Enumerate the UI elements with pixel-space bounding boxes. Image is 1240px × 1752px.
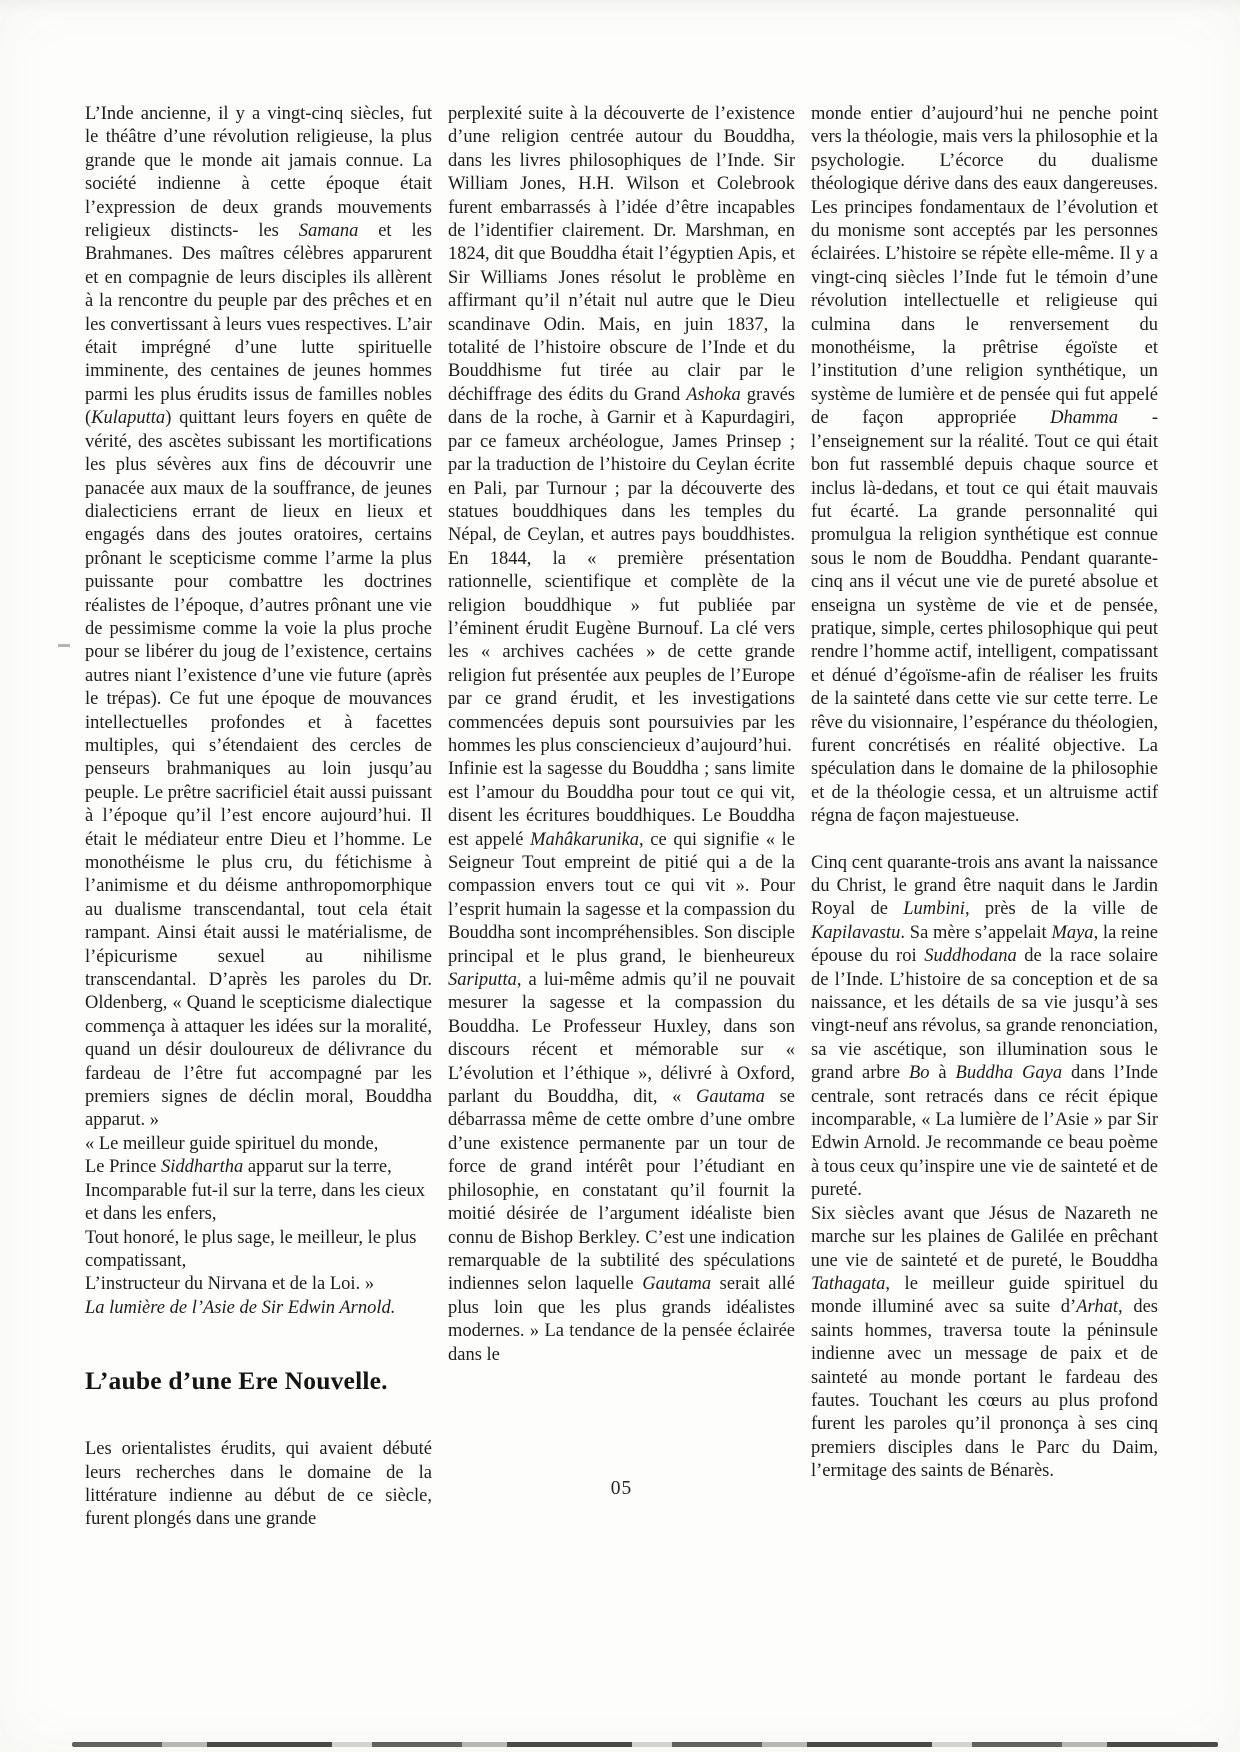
italic-text-run: Maya (1051, 923, 1093, 943)
italic-text-run: Buddha Gaya (956, 1063, 1063, 1083)
italic-text-run: Lumbini (903, 899, 965, 919)
verse-line: « Le meilleur guide spirituel du monde, (85, 1133, 432, 1156)
italic-text-run: Kapilavastu (811, 923, 900, 943)
italic-text-run: Ashoka (686, 385, 740, 405)
paragraph: perplexité suite à la découverte de l’ex… (448, 103, 795, 758)
text-run: , des saints hommes, traversa toute la p… (811, 1297, 1158, 1481)
text-run: , près de la ville de (965, 899, 1158, 919)
scan-artifact-margin-tick (58, 644, 70, 647)
column-1: L’Inde ancienne, il y a vingt-cinq siècl… (85, 103, 432, 1532)
paragraph: Infinie est la sagesse du Bouddha ; sans… (448, 758, 795, 1367)
italic-text-run: Arhat (1076, 1297, 1118, 1317)
text-run: L’aube d’une Ere Nouvelle. (85, 1366, 388, 1395)
paragraph: L’Inde ancienne, il y a vingt-cinq siècl… (85, 103, 432, 1133)
paragraph: monde entier d’aujourd’hui ne penche poi… (811, 103, 1158, 829)
text-run: , ce qui signifie « le Seigneur Tout emp… (448, 830, 795, 967)
page-number: 05 (85, 1478, 1158, 1500)
italic-text-run: Bo (909, 1063, 930, 1083)
verse-line: Le Prince Siddhartha apparut sur la terr… (85, 1156, 432, 1179)
text-run: ) quittant leurs foyers en quête de véri… (85, 408, 432, 1130)
text-run: Tout honoré, le plus sage, le meilleur, … (85, 1228, 416, 1271)
italic-text-run: Kulaputta (91, 408, 165, 428)
italic-text-run: Sariputta (448, 970, 517, 990)
verse-line: Incomparable fut-il sur la terre, dans l… (85, 1180, 432, 1227)
verse-line: Tout honoré, le plus sage, le meilleur, … (85, 1227, 432, 1274)
scan-artifact-bottom-line (72, 1742, 1218, 1747)
text-run: L’instructeur du Nirvana et de la Loi. » (85, 1274, 374, 1294)
attribution-line: La lumière de l’Asie de Sir Edwin Arnold… (85, 1297, 432, 1320)
column-3: monde entier d’aujourd’hui ne penche poi… (811, 103, 1158, 1532)
text-run: . Sa mère s’appelait (900, 923, 1051, 943)
text-run: à (930, 1063, 956, 1083)
italic-text-run: Gautama (696, 1087, 765, 1107)
text-run: monde entier d’aujourd’hui ne penche poi… (811, 104, 1158, 428)
text-run: perplexité suite à la découverte de l’ex… (448, 104, 795, 405)
column-2: perplexité suite à la découverte de l’ex… (448, 103, 795, 1532)
document-page: L’Inde ancienne, il y a vingt-cinq siècl… (0, 0, 1240, 1752)
text-run: apparut sur la terre, (243, 1157, 391, 1177)
italic-text-run: Suddhodana (924, 946, 1017, 966)
text-run: Le Prince (85, 1157, 161, 1177)
text-run: - l’enseignement sur la réalité. Tout ce… (811, 408, 1158, 826)
text-run: se débarrassa même de cette ombre d’une … (448, 1087, 795, 1294)
italic-text-run: La lumière de l’Asie de Sir Edwin Arnold… (85, 1298, 395, 1318)
italic-text-run: Gautama (642, 1274, 711, 1294)
text-run: Six siècles avant que Jésus de Nazareth … (811, 1204, 1158, 1271)
text-run: et les Brahmanes. Des maîtres célèbres a… (85, 221, 432, 428)
text-run: gravés dans de la roche, à Garnir et à K… (448, 385, 795, 756)
section-heading: L’aube d’une Ere Nouvelle. (85, 1366, 432, 1396)
verse-line: L’instructeur du Nirvana et de la Loi. » (85, 1273, 432, 1296)
italic-text-run: Samana (299, 221, 359, 241)
text-columns: L’Inde ancienne, il y a vingt-cinq siècl… (85, 103, 1158, 1532)
paragraph: Cinq cent quarante-trois ans avant la na… (811, 852, 1158, 1203)
italic-text-run: Siddhartha (161, 1157, 243, 1177)
italic-text-run: Mahâkarunika (530, 830, 639, 850)
text-run: « Le meilleur guide spirituel du monde, (85, 1134, 378, 1154)
italic-text-run: Tathagata (811, 1274, 885, 1294)
italic-text-run: Dhamma (1050, 408, 1118, 428)
text-run: dans l’Inde centrale, sont retracés dans… (811, 1063, 1158, 1200)
paragraph: Six siècles avant que Jésus de Nazareth … (811, 1203, 1158, 1484)
text-run: Incomparable fut-il sur la terre, dans l… (85, 1181, 425, 1224)
